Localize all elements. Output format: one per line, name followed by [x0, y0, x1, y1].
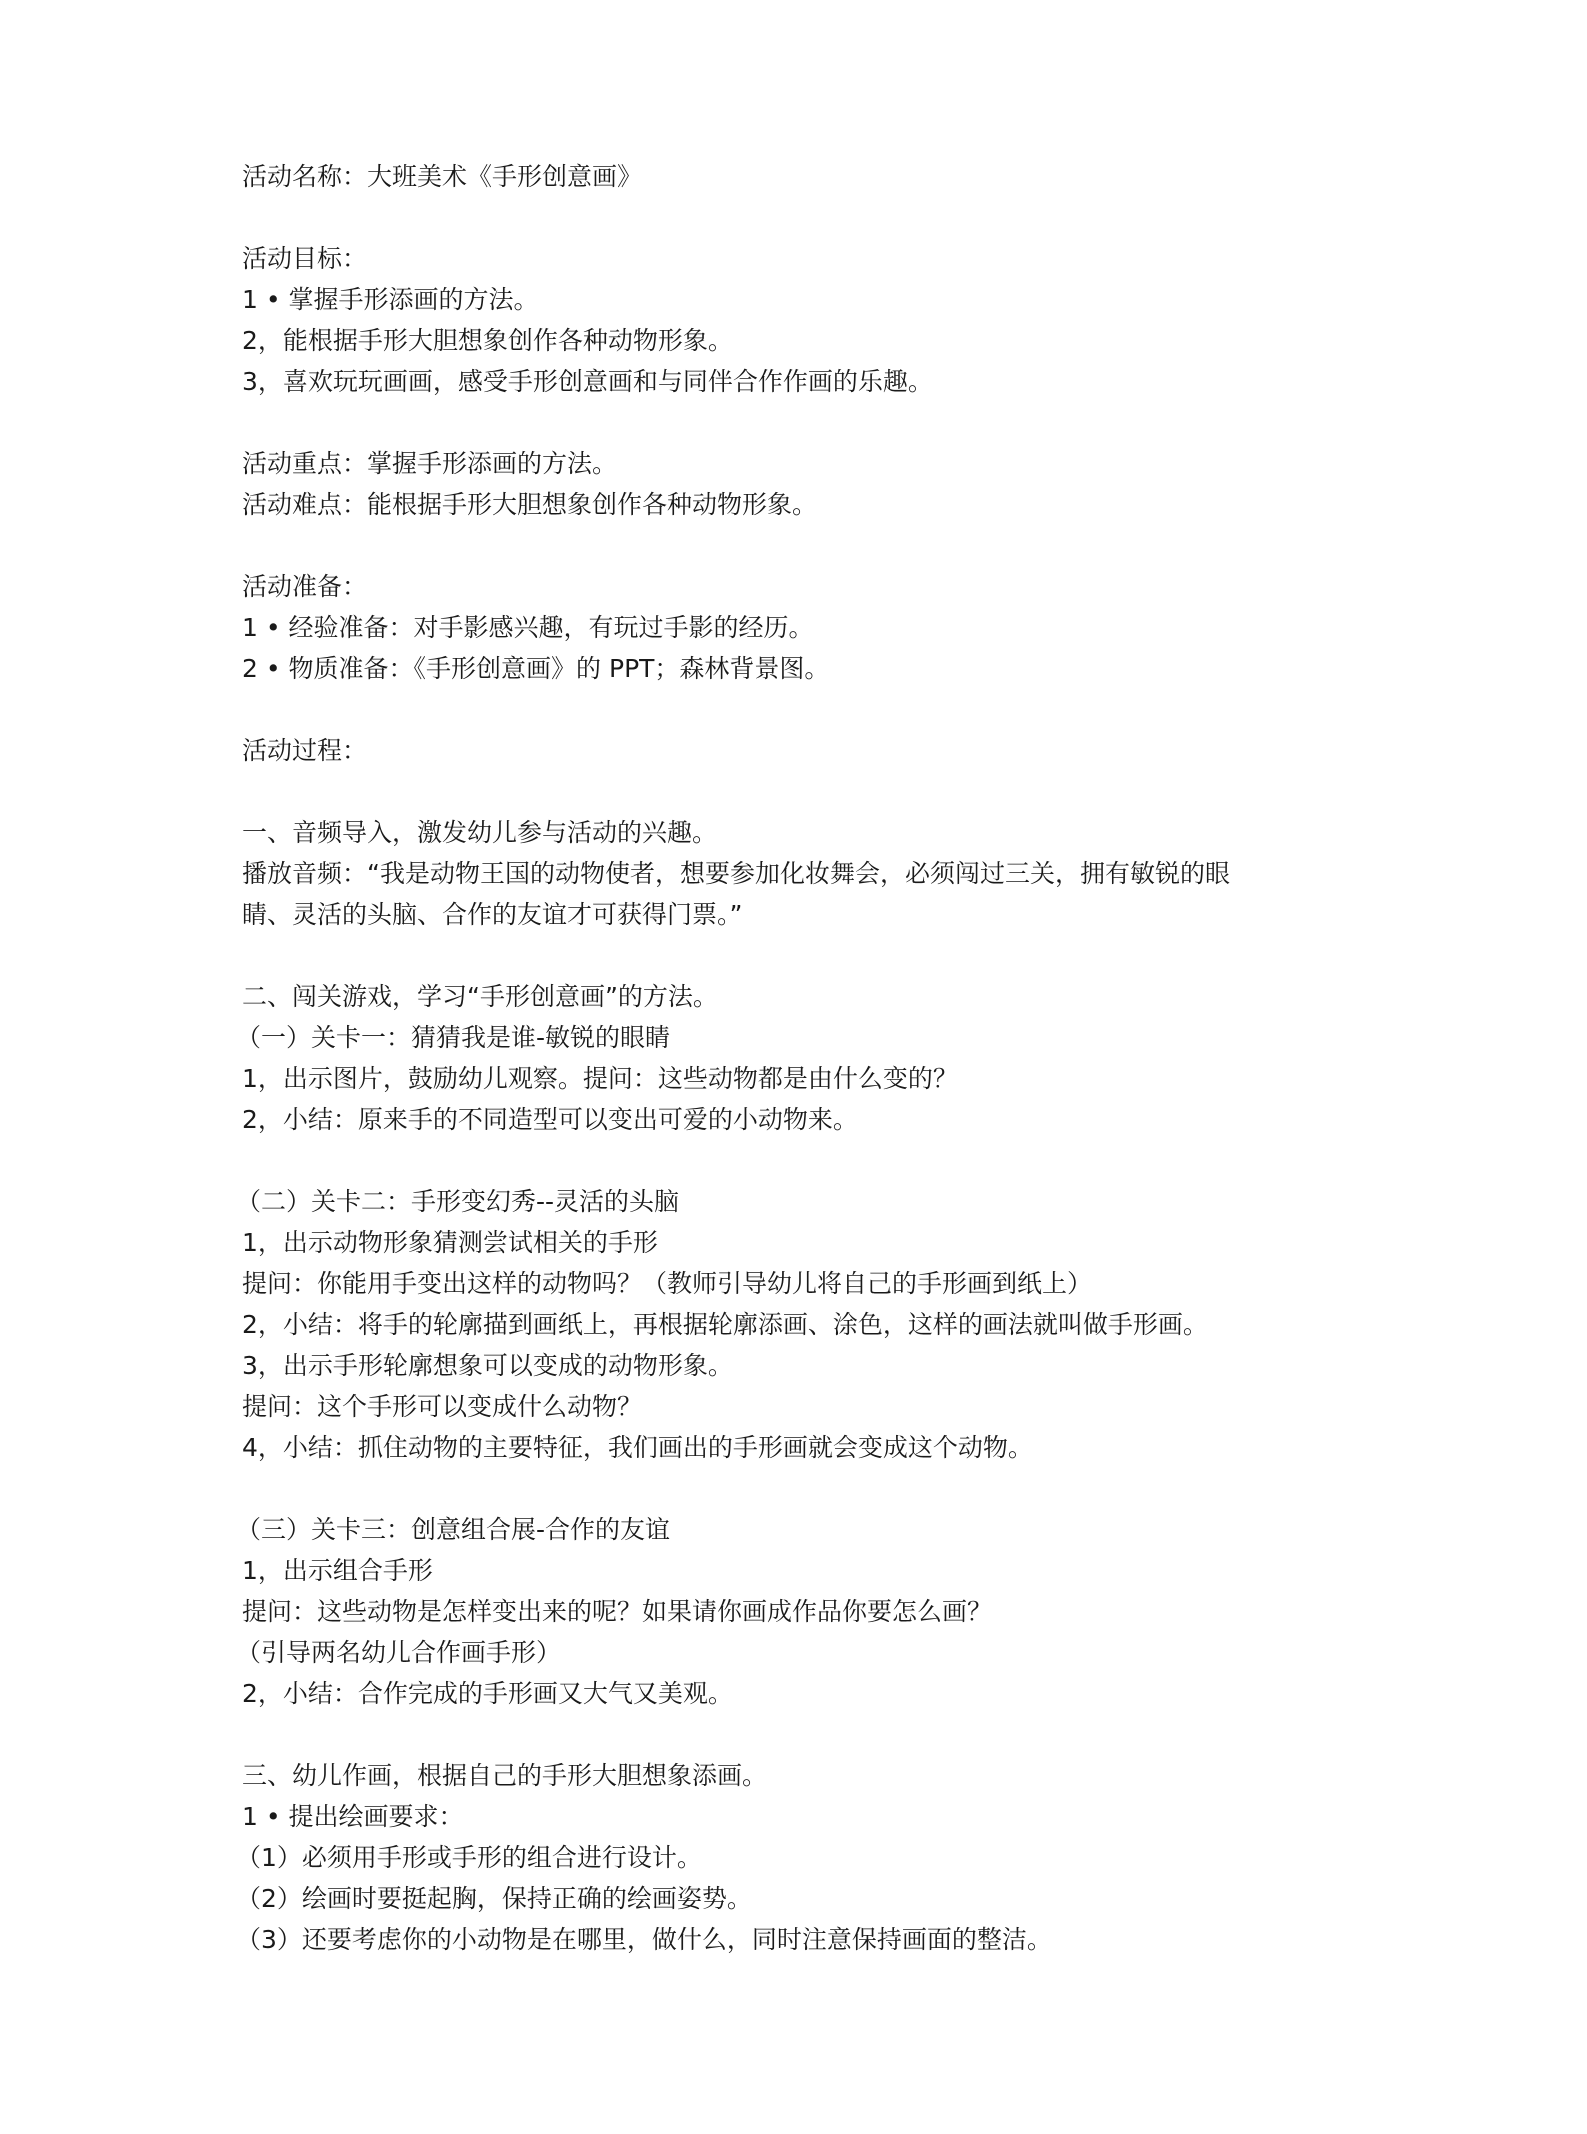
difficulty: 活动难点：能根据手形大胆想象创作各种动物形象。	[242, 488, 817, 522]
preparation-heading: 活动准备：	[242, 570, 367, 604]
section1-heading: 一、音频导入，激发幼儿参与活动的兴趣。	[242, 816, 717, 850]
level3-line: 2，小结：合作完成的手形画又大气又美观。	[242, 1677, 733, 1711]
level2-line: 1，出示动物形象猜测尝试相关的手形	[242, 1226, 658, 1260]
level3-line: 1，出示组合手形	[242, 1554, 433, 1588]
level2-heading: （二）关卡二：手形变幻秀--灵活的头脑	[236, 1185, 679, 1219]
process-heading: 活动过程：	[242, 734, 367, 768]
goal-item: 3，喜欢玩玩画画，感受手形创意画和与同伴合作作画的乐趣。	[242, 365, 933, 399]
section3-line: 1 • 提出绘画要求：	[242, 1800, 464, 1834]
level2-line: 4，小结：抓住动物的主要特征，我们画出的手形画就会变成这个动物。	[242, 1431, 1033, 1465]
level2-line: 2，小结：将手的轮廓描到画纸上，再根据轮廓添画、涂色，这样的画法就叫做手形画。	[242, 1308, 1208, 1342]
level2-line: 提问：这个手形可以变成什么动物？	[242, 1390, 642, 1424]
level3-heading: （三）关卡三：创意组合展-合作的友谊	[236, 1513, 670, 1547]
goal-item: 1 • 掌握手形添画的方法。	[242, 283, 539, 317]
level3-line: （引导两名幼儿合作画手形）	[236, 1636, 561, 1670]
section3-line: （3）还要考虑你的小动物是在哪里，做什么，同时注意保持画面的整洁。	[236, 1923, 1052, 1957]
level3-line: 提问：这些动物是怎样变出来的呢？如果请你画成作品你要怎么画？	[242, 1595, 992, 1629]
section1-line: 睛、灵活的头脑、合作的友谊才可获得门票。”	[242, 898, 742, 932]
level2-line: 3，出示手形轮廓想象可以变成的动物形象。	[242, 1349, 733, 1383]
document-page: 活动名称：大班美术《手形创意画》 活动目标： 1 • 掌握手形添画的方法。 2，…	[0, 0, 1587, 2134]
level2-line: 提问：你能用手变出这样的动物吗？（教师引导幼儿将自己的手形画到纸上）	[242, 1267, 1092, 1301]
section1-line: 播放音频：“我是动物王国的动物使者，想要参加化妆舞会，必须闯过三关，拥有敏锐的眼	[242, 857, 1230, 891]
preparation-item: 1 • 经验准备：对手影感兴趣，有玩过手影的经历。	[242, 611, 814, 645]
section3-line: （1）必须用手形或手形的组合进行设计。	[236, 1841, 702, 1875]
goals-heading: 活动目标：	[242, 242, 367, 276]
activity-title: 活动名称：大班美术《手形创意画》	[242, 160, 642, 194]
level1-heading: （一）关卡一：猜猜我是谁-敏锐的眼睛	[236, 1021, 670, 1055]
section3-heading: 三、幼儿作画，根据自己的手形大胆想象添画。	[242, 1759, 767, 1793]
section3-line: （2）绘画时要挺起胸，保持正确的绘画姿势。	[236, 1882, 752, 1916]
preparation-item: 2 • 物质准备：《手形创意画》的 PPT；森林背景图。	[242, 652, 829, 686]
key-point: 活动重点：掌握手形添画的方法。	[242, 447, 617, 481]
goal-item: 2，能根据手形大胆想象创作各种动物形象。	[242, 324, 733, 358]
level1-line: 2，小结：原来手的不同造型可以变出可爱的小动物来。	[242, 1103, 858, 1137]
level1-line: 1，出示图片，鼓励幼儿观察。提问：这些动物都是由什么变的？	[242, 1062, 958, 1096]
section2-heading: 二、闯关游戏，学习“手形创意画”的方法。	[242, 980, 718, 1014]
